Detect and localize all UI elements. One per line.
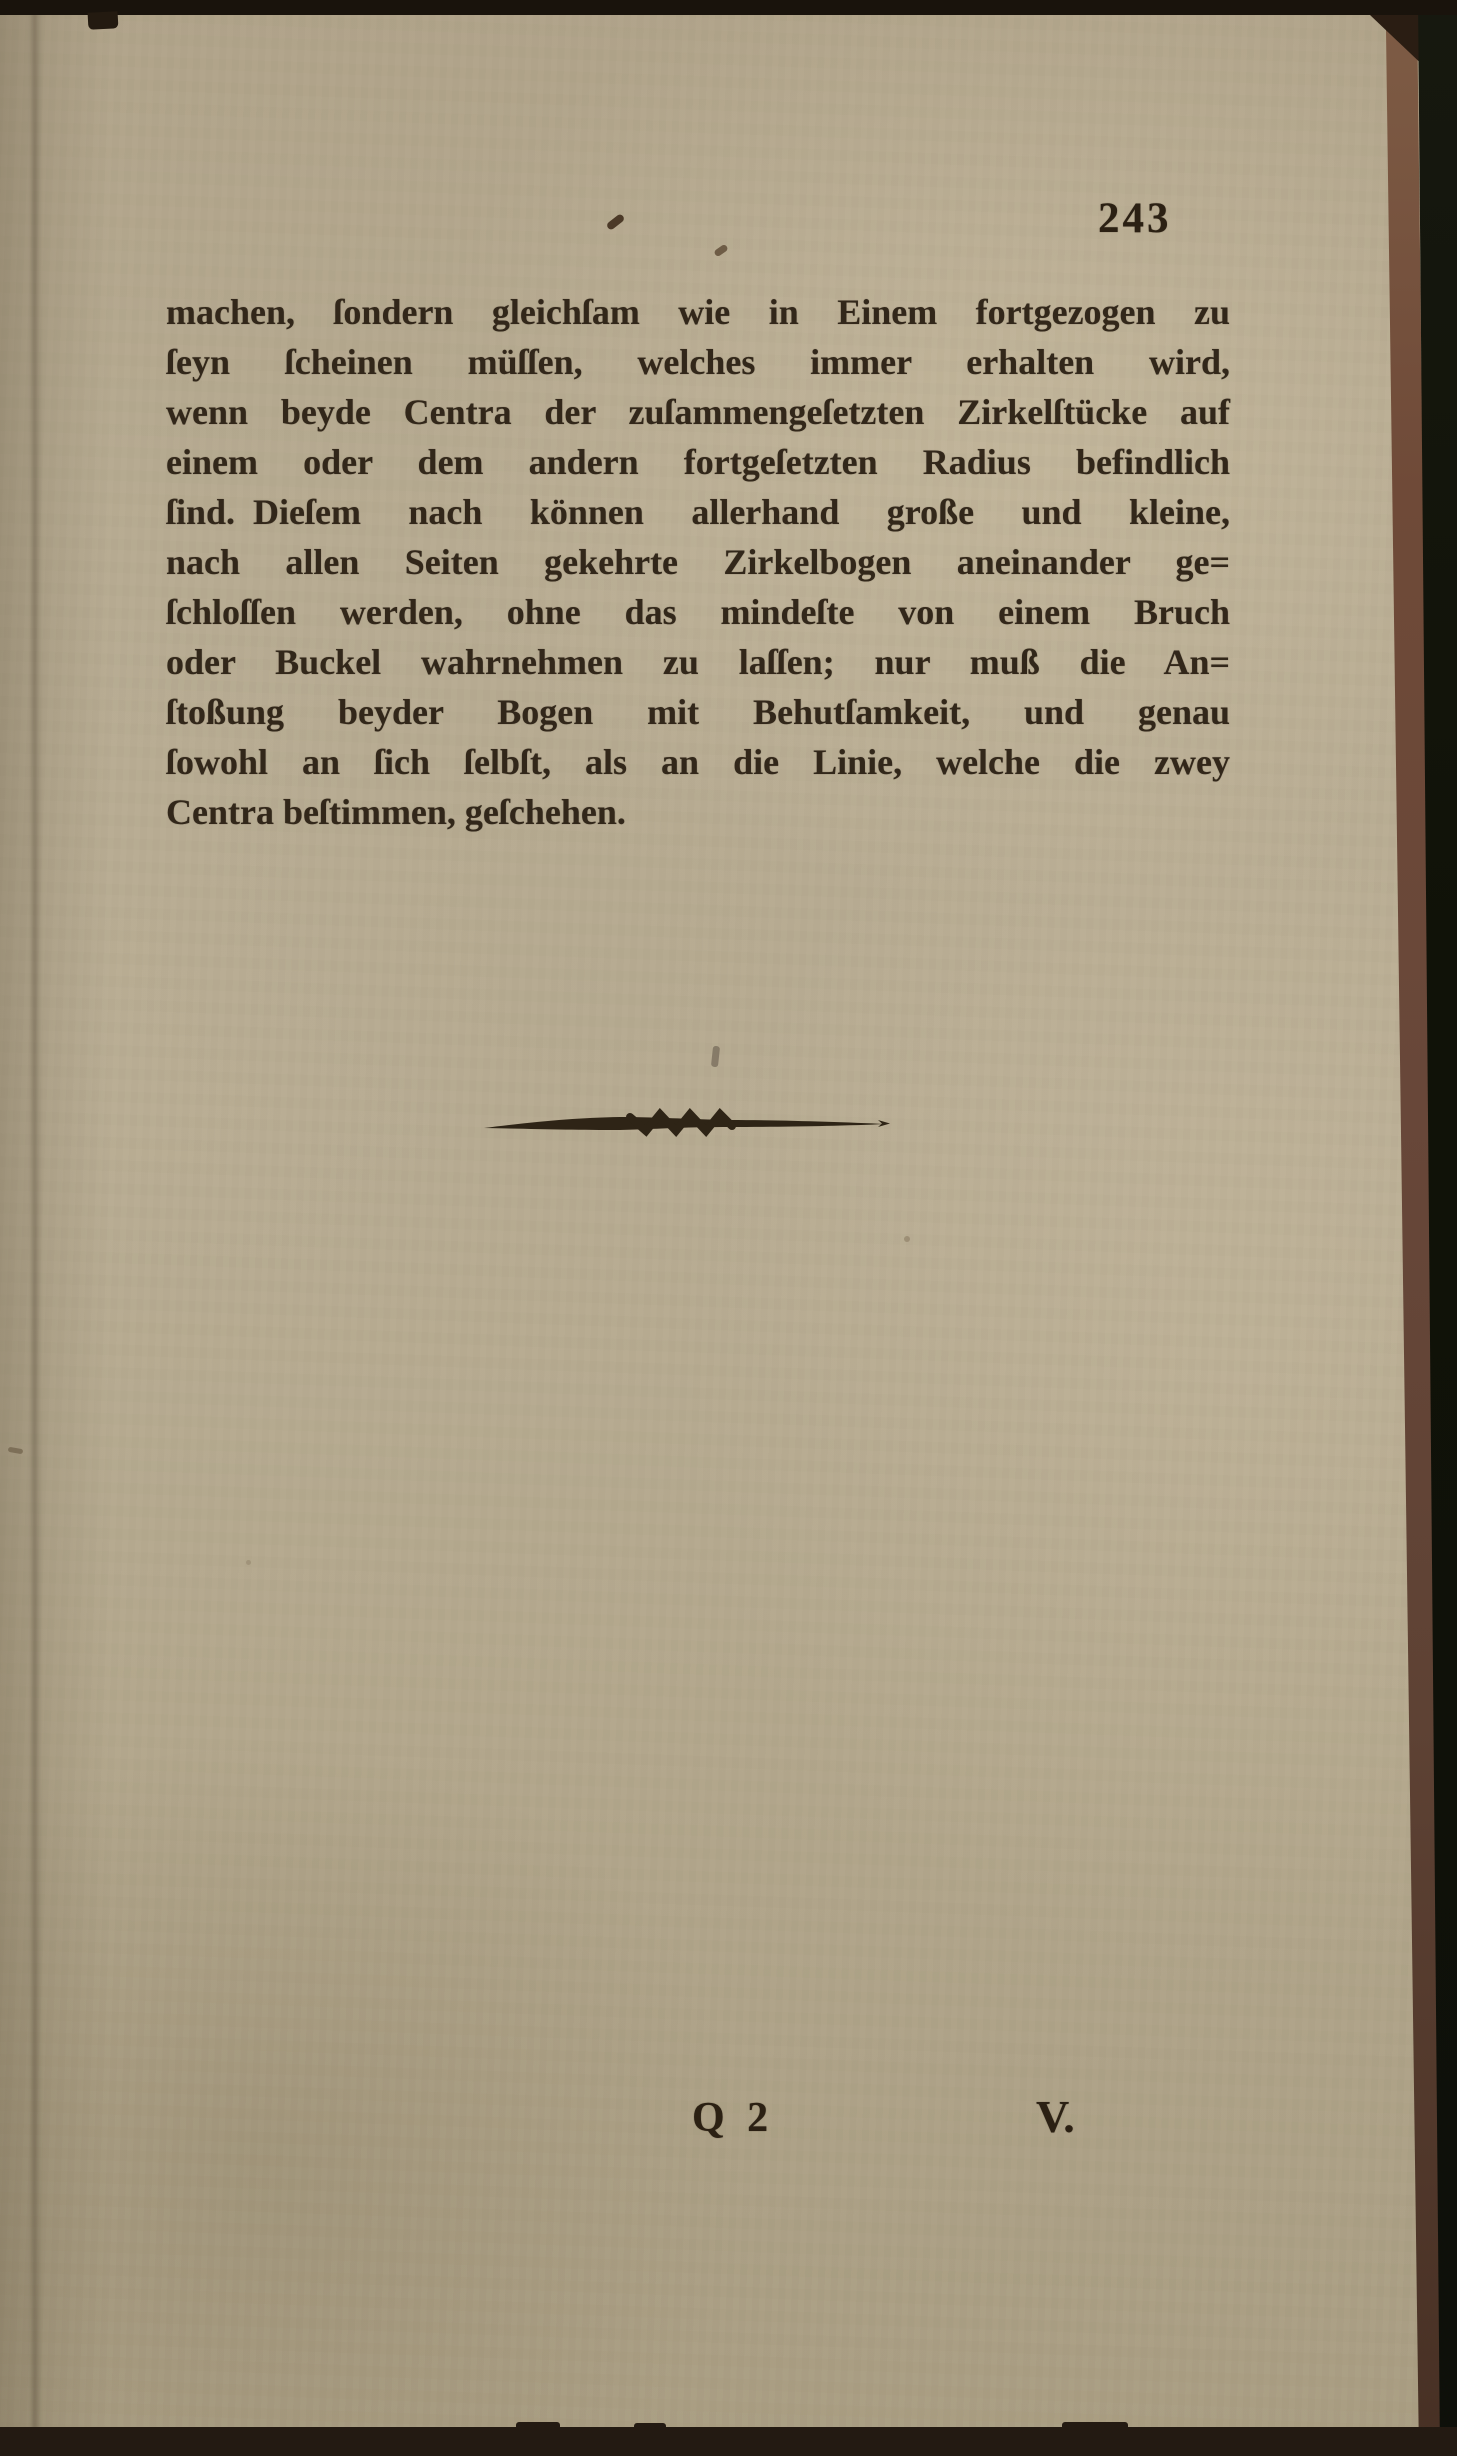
text-line: ſchloſſen werden, ohne das mindeſte von …	[166, 587, 1230, 637]
gutter-shadow	[0, 0, 110, 2456]
text-line: wenn beyde Centra der zuſammengeſetzten …	[166, 387, 1230, 437]
scan-background-top	[0, 0, 1457, 15]
scanned-book-page: 243 machen, ſondern gleichſam wie in Ein…	[0, 0, 1457, 2456]
calligraphic-divider-icon	[480, 1106, 890, 1140]
catchword: V.	[1036, 2090, 1075, 2143]
text-line: Centra beſtimmen, geſchehen.	[166, 787, 1230, 837]
text-line: ſeyn ſcheinen müſſen, welches immer erha…	[166, 337, 1230, 387]
text-line: ſtoßung beyder Bogen mit Behutſamkeit, u…	[166, 687, 1230, 737]
page-number: 243	[1098, 194, 1228, 243]
signature-mark: Q 2	[692, 2094, 774, 2142]
text-line: oder Buckel wahrnehmen zu laſſen; nur mu…	[166, 637, 1230, 687]
text-line: machen, ſondern gleichſam wie in Einem f…	[166, 287, 1230, 337]
text-line: ſind. Dieſem nach können allerhand große…	[166, 487, 1230, 537]
ink-speck	[904, 1236, 910, 1242]
text-line: nach allen Seiten gekehrte Zirkelbogen a…	[166, 537, 1230, 587]
text-line: einem oder dem andern fortgeſetzten Radi…	[166, 437, 1230, 487]
text-line: ſowohl an ſich ſelbſt, als an die Linie,…	[166, 737, 1230, 787]
gutter-crease-line	[29, 0, 42, 2456]
ink-speck	[246, 1560, 251, 1565]
binding-notch	[88, 11, 119, 30]
body-text-paragraph: machen, ſondern gleichſam wie in Einem f…	[166, 287, 1230, 837]
scan-background-bottom	[0, 2427, 1457, 2456]
